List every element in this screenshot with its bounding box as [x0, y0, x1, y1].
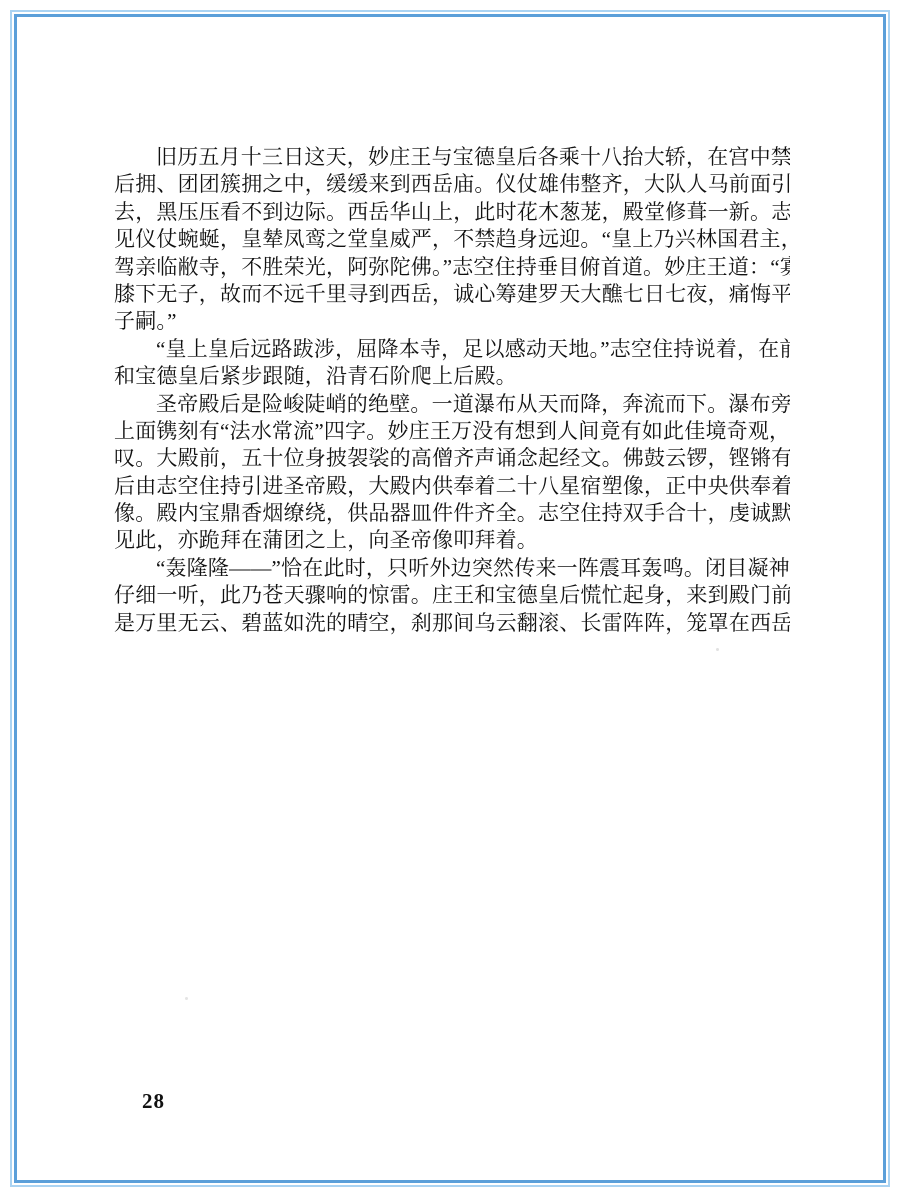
- body-text: 旧历五月十三日这天，妙庄王与宝德皇后各乘十八抬大轿，在宫中禁卫兵的前呼 后拥、团…: [114, 144, 790, 637]
- text-line: 去，黑压压看不到边际。西岳华山上，此时花木葱茏，殿堂修葺一新。志空住持与众僧遥: [114, 199, 790, 226]
- text-line: 圣帝殿后是险峻陡峭的绝壁。一道瀑布从天而降，奔流而下。瀑布旁边有一巨石，: [114, 391, 790, 418]
- text-line: 和宝德皇后紧步跟随，沿青石阶爬上后殿。: [114, 363, 790, 390]
- paragraph-3: 圣帝殿后是险峻陡峭的绝壁。一道瀑布从天而降，奔流而下。瀑布旁边有一巨石， 上面镌…: [114, 391, 790, 555]
- text-line: 驾亲临敝寺，不胜荣光，阿弥陀佛。”志空住持垂目俯首道。妙庄王道：“寡人年已四旬，: [114, 254, 790, 281]
- text-line: “皇上皇后远路跋涉，屈降本寺，足以感动天地。”志空住持说着，在前引路。妙庄王: [114, 336, 790, 363]
- scan-speck: [185, 997, 188, 1000]
- paragraph-2: “皇上皇后远路跋涉，屈降本寺，足以感动天地。”志空住持说着，在前引路。妙庄王 和…: [114, 336, 790, 391]
- scan-speck: [716, 648, 719, 651]
- page-number: 28: [142, 1089, 165, 1114]
- paragraph-1: 旧历五月十三日这天，妙庄王与宝德皇后各乘十八抬大轿，在宫中禁卫兵的前呼 后拥、团…: [114, 144, 790, 336]
- text-line: 后由志空住持引进圣帝殿，大殿内供奉着二十八星宿塑像，正中央供奉着圣帝的神: [114, 473, 790, 500]
- text-line: 是万里无云、碧蓝如洗的晴空，刹那间乌云翻滚、长雷阵阵，笼罩在西岳上空。: [114, 610, 790, 637]
- text-line: 像。殿内宝鼎香烟缭绕，供品器皿件件齐全。志空住持双手合十，虔诚默祷，庄王和皇后: [114, 500, 790, 527]
- text-line: 叹。大殿前，五十位身披袈裟的高僧齐声诵念起经文。佛鼓云锣，铿锵有声。庄王和皇: [114, 445, 790, 472]
- text-line: 上面镌刻有“法水常流”四字。妙庄王万没有想到人间竟有如此佳境奇观，不由得赞: [114, 418, 790, 445]
- text-line: 见仪仗蜿蜒，皇辇凤鸾之堂皇威严，不禁趋身远迎。“皇上乃兴林国君主，功德无量，御: [114, 226, 790, 253]
- paragraph-4: “轰隆隆——”恰在此时，只听外边突然传来一阵震耳轰鸣。闭目凝神的志空住持 仔细一…: [114, 555, 790, 637]
- text-line: 子嗣。”: [114, 308, 790, 335]
- text-line: 膝下无子，故而不远千里寻到西岳，诚心筹建罗天大醮七日七夜，痛悔平生罪孽，以存: [114, 281, 790, 308]
- text-line: 见此，亦跪拜在蒲团之上，向圣帝像叩拜着。: [114, 527, 790, 554]
- book-page: 旧历五月十三日这天，妙庄王与宝德皇后各乘十八抬大轿，在宫中禁卫兵的前呼 后拥、团…: [0, 0, 900, 1197]
- text-line: 仔细一听，此乃苍天骤响的惊雷。庄王和宝德皇后慌忙起身，来到殿门前查看。刚才还: [114, 582, 790, 609]
- text-line: 旧历五月十三日这天，妙庄王与宝德皇后各乘十八抬大轿，在宫中禁卫兵的前呼: [114, 144, 790, 171]
- text-line: “轰隆隆——”恰在此时，只听外边突然传来一阵震耳轰鸣。闭目凝神的志空住持: [114, 555, 790, 582]
- text-line: 后拥、团团簇拥之中，缓缓来到西岳庙。仪仗雄伟整齐，大队人马前面引导开路，远远望: [114, 171, 790, 198]
